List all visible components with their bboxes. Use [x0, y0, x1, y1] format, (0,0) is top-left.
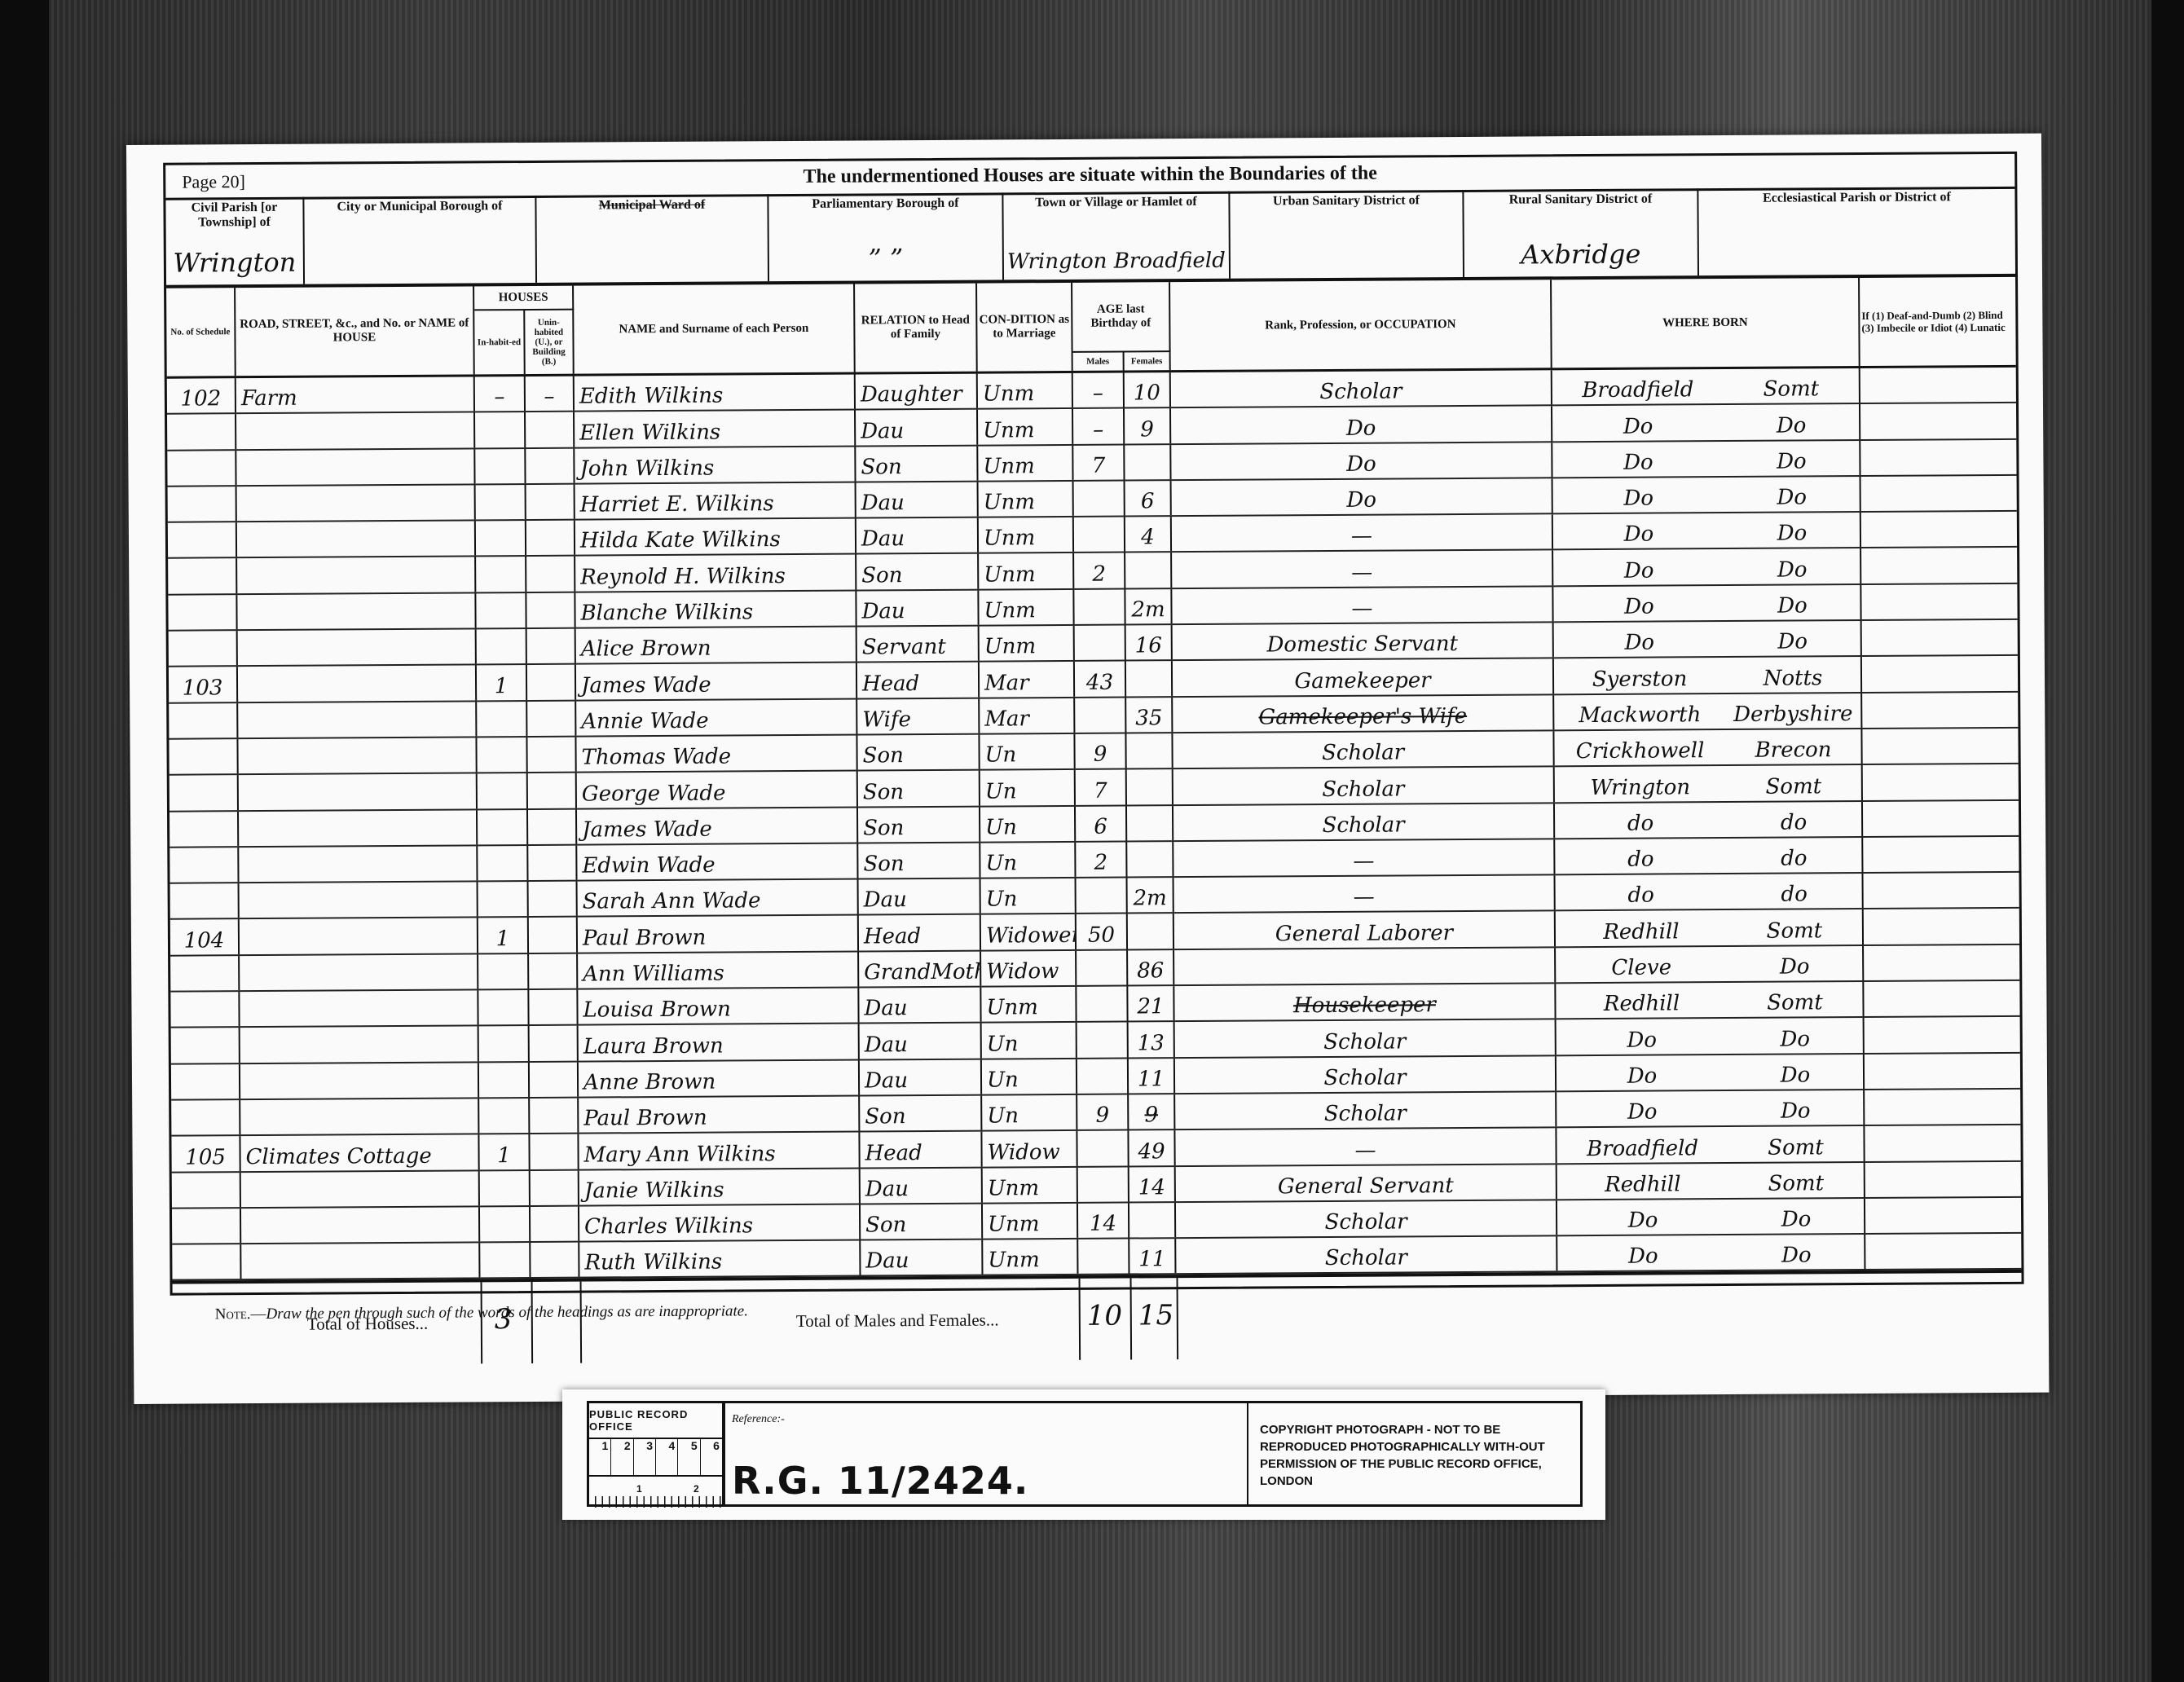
copyright-notice: COPYRIGHT PHOTOGRAPH - NOT TO BE REPRODU… — [1248, 1403, 1580, 1504]
cell-infirmity — [1864, 981, 2019, 1016]
name-text: Mary Ann Wilkins — [583, 1142, 775, 1167]
cell-female-age — [1126, 662, 1173, 697]
cell-born-place: do — [1555, 839, 1726, 874]
cell-infirmity — [1862, 656, 2018, 691]
district-value: Wrington — [166, 247, 303, 279]
cell-schedule — [171, 1028, 240, 1063]
name-text: Janie Wilkins — [584, 1178, 724, 1203]
born-place-text: Do — [1623, 414, 1653, 438]
condition-text: Mar — [984, 671, 1029, 695]
relation-text: GrandMother — [864, 959, 981, 984]
cell-female-age: 11 — [1129, 1239, 1176, 1274]
cell-occupation: — — [1175, 1129, 1557, 1165]
cell-born-county: Do — [1724, 441, 1860, 476]
cell-condition: Widow — [981, 951, 1077, 986]
cell-born-county: Somt — [1728, 1163, 1865, 1198]
cell-name: James Wade — [576, 663, 857, 699]
cell-occupation: Do — [1171, 443, 1552, 479]
cell-inhabited — [478, 810, 528, 845]
born-county-text: Do — [1781, 1099, 1811, 1124]
cell-infirmity — [1864, 909, 2019, 944]
name-text: Laura Brown — [583, 1033, 724, 1059]
cell-uninhabited — [529, 990, 578, 1025]
cell-born-county: Do — [1728, 1055, 1865, 1090]
occupation-text: Scholar — [1324, 1102, 1407, 1127]
cell-schedule: 104 — [170, 920, 240, 955]
office-title: PUBLIC RECORD OFFICE — [589, 1403, 722, 1439]
district-label: City or Municipal Borough of — [304, 199, 535, 215]
born-place-text: Crickhowell — [1576, 738, 1705, 764]
cell-born-place: Do — [1557, 1235, 1728, 1271]
relation-text: Head — [864, 924, 921, 949]
cell-infirmity — [1862, 729, 2018, 764]
born-place-text: Broadfield — [1582, 378, 1693, 403]
cell-road — [236, 449, 475, 485]
born-place-text: Do — [1627, 1063, 1658, 1088]
cell-occupation: General Servant — [1176, 1165, 1557, 1201]
relation-text: Head — [865, 1141, 922, 1165]
cell-occupation: — — [1172, 515, 1553, 552]
cell-name: Janie Wilkins — [579, 1169, 861, 1204]
cell-inhabited — [477, 702, 527, 737]
name-text: Ann Williams — [583, 962, 724, 987]
male-age-text: – — [1093, 381, 1103, 406]
female-age-text: 6 — [1141, 489, 1155, 513]
cell-road — [240, 1027, 479, 1063]
cell-born-county: Do — [1727, 946, 1864, 981]
occupation-text: — — [1354, 1138, 1376, 1162]
cell-female-age: 2m — [1128, 878, 1174, 913]
cell-born-county: Do — [1724, 404, 1860, 439]
cell-condition: Unm — [983, 1239, 1078, 1275]
born-county-text: Somt — [1767, 918, 1823, 943]
cell-schedule — [170, 883, 240, 918]
born-place-text: Wrington — [1590, 775, 1690, 800]
header-schedule: No. of Schedule — [166, 288, 236, 376]
cell-uninhabited — [531, 1243, 579, 1278]
cell-name: Laura Brown — [579, 1024, 860, 1060]
cell-road: Farm — [236, 376, 475, 412]
cell-born-place: do — [1555, 803, 1726, 839]
occupation-text: — — [1351, 597, 1372, 621]
cell-female-age — [1127, 769, 1173, 804]
cell-schedule — [171, 1100, 240, 1135]
cell-relation: Son — [857, 735, 980, 770]
cell-uninhabited — [526, 521, 575, 556]
cell-infirmity — [1864, 945, 2019, 980]
relation-text: Son — [863, 780, 904, 804]
born-county-text: Do — [1780, 1027, 1810, 1051]
cell-infirmity — [1865, 1198, 2021, 1233]
born-county-text: do — [1781, 883, 1807, 907]
header-name: NAME and Surname of each Person — [574, 284, 856, 374]
cell-schedule — [170, 956, 240, 991]
name-text: Alice Brown — [581, 636, 711, 662]
cell-condition: Mar — [980, 698, 1075, 733]
cell-inhabited: 1 — [477, 665, 527, 700]
census-table: No. of Schedule ROAD, STREET, &c., and N… — [166, 277, 2022, 1366]
cell-inhabited — [475, 449, 526, 484]
cell-condition: Un — [982, 1059, 1077, 1094]
female-age-text: 16 — [1135, 634, 1162, 658]
district-rural-sanitary: Rural Sanitary District of Axbridge — [1464, 188, 1699, 277]
male-age-text: 6 — [1094, 815, 1107, 839]
cell-female-age: 11 — [1129, 1059, 1175, 1094]
cell-inhabited — [477, 629, 527, 664]
district-value: ” ” — [769, 242, 1002, 275]
cell-road: Climates Cottage — [240, 1135, 479, 1171]
occupation-text: Domestic Servant — [1266, 632, 1458, 657]
condition-text: Un — [985, 851, 1017, 875]
cell-female-age — [1127, 842, 1173, 877]
cell-road — [240, 1099, 479, 1134]
public-record-office-panel: PUBLIC RECORD OFFICE 1 2 3 4 5 6 1 2 — [589, 1403, 724, 1504]
cell-uninhabited — [526, 485, 575, 520]
born-place-text: Do — [1624, 522, 1654, 547]
born-place-text: Redhill — [1604, 992, 1680, 1017]
district-urban-sanitary: Urban Sanitary District of — [1230, 190, 1464, 279]
cell-born-place: Do — [1554, 622, 1725, 658]
cell-condition: Unm — [979, 517, 1074, 553]
cell-schedule: 102 — [167, 378, 236, 413]
cell-uninhabited — [530, 1099, 579, 1134]
condition-text: Unm — [986, 996, 1037, 1020]
road-text: Climates Cottage — [245, 1143, 431, 1169]
relation-text: Dau — [865, 1249, 909, 1274]
born-county-text: do — [1781, 810, 1807, 834]
cell-uninhabited — [527, 701, 576, 736]
cell-condition: Unm — [978, 446, 1073, 481]
born-county-text: Do — [1777, 522, 1808, 546]
cell-name: Blanche Wilkins — [575, 591, 856, 627]
relation-text: Son — [861, 563, 902, 588]
ruler-mark: 2 — [694, 1483, 699, 1495]
cell-male-age — [1077, 987, 1128, 1022]
name-text: Annie Wade — [581, 709, 708, 734]
born-county-text: Somt — [1765, 774, 1821, 799]
cell-born-county: Do — [1724, 585, 1861, 620]
cell-male-age: – — [1073, 373, 1125, 408]
cell-born-county: Do — [1725, 621, 1862, 656]
female-age-text: 35 — [1135, 706, 1162, 730]
scale-number: 5 — [678, 1439, 700, 1475]
cell-occupation: Gamekeeper's Wife — [1173, 695, 1554, 732]
header-uninhabited: Unin-habited (U.), or Building (B.) — [525, 310, 574, 374]
scale-numbers: 1 2 3 4 5 6 — [589, 1439, 722, 1477]
cell-name: Louisa Brown — [578, 989, 859, 1024]
cell-uninhabited — [528, 773, 577, 808]
cell-female-age: 10 — [1125, 372, 1171, 407]
header-road: ROAD, STREET, &c., and No. or NAME of HO… — [236, 286, 475, 376]
header-houses: HOUSES — [474, 286, 574, 311]
cell-inhabited — [479, 1026, 530, 1061]
cell-born-place: Redhill — [1557, 1164, 1728, 1200]
name-text: Hilda Kate Wilkins — [580, 528, 781, 554]
district-hamlet: Town or Village or Hamlet of Wrington Br… — [1003, 192, 1231, 280]
male-age-text: 14 — [1090, 1212, 1116, 1236]
male-age-text: 50 — [1088, 922, 1115, 947]
born-county-text: Derbyshire — [1733, 702, 1852, 727]
cell-relation: Daughter — [856, 374, 978, 409]
cell-occupation: Scholar — [1175, 1020, 1557, 1057]
condition-text: Widow — [987, 1140, 1059, 1165]
condition-text: Unm — [984, 526, 1035, 551]
schedule-text: 104 — [184, 928, 225, 953]
cell-male-age — [1077, 950, 1128, 985]
cell-name: Mary Ann Wilkins — [579, 1133, 860, 1169]
female-age-text: 21 — [1137, 995, 1164, 1019]
cell-name: Harriet E. Wilkins — [575, 482, 856, 518]
relation-text: Dau — [865, 1033, 908, 1057]
male-age-text: 2 — [1094, 851, 1108, 875]
cell-born-place: Broadfield — [1552, 369, 1724, 405]
cell-born-county: Do — [1728, 1199, 1865, 1234]
cell-born-place: Broadfield — [1557, 1127, 1728, 1163]
film-edge-left — [0, 0, 49, 1682]
born-county-text: Do — [1777, 449, 1807, 473]
cell-inhabited — [476, 593, 526, 628]
cell-condition: Un — [982, 1023, 1077, 1058]
cell-born-county: do — [1727, 874, 1864, 909]
cell-born-place: Wrington — [1555, 766, 1726, 802]
cell-occupation: Scholar — [1175, 1092, 1557, 1129]
film-edge-right — [2151, 0, 2184, 1682]
cell-born-place: Redhill — [1556, 910, 1727, 946]
cell-male-age — [1078, 1167, 1129, 1202]
cell-relation: Dau — [859, 879, 981, 914]
cell-born-place: Do — [1557, 1200, 1728, 1235]
born-place-text: Mackworth — [1579, 702, 1701, 728]
cell-road — [241, 1171, 480, 1207]
cell-born-place: Mackworth — [1554, 694, 1725, 730]
born-place-text: Do — [1623, 487, 1653, 511]
cell-road — [238, 702, 477, 738]
schedule-text: 103 — [183, 676, 223, 700]
name-text: John Wilkins — [579, 456, 714, 481]
cell-female-age: 9 — [1125, 408, 1171, 443]
cell-relation: Son — [861, 1204, 983, 1239]
male-age-text: 43 — [1086, 670, 1113, 694]
relation-text: Wife — [862, 707, 911, 732]
inhabited-text: – — [494, 385, 504, 409]
female-age-text: 11 — [1138, 1067, 1165, 1091]
occupation-text: Gamekeeper's Wife — [1258, 704, 1467, 730]
born-place-text: Redhill — [1605, 1172, 1680, 1197]
cell-occupation — [1174, 948, 1556, 984]
cell-uninhabited — [528, 845, 577, 880]
cell-schedule — [172, 1173, 241, 1208]
cell-inhabited — [479, 1063, 530, 1098]
occupation-text: — — [1351, 560, 1372, 584]
relation-text: Son — [863, 852, 904, 876]
cell-inhabited — [480, 1207, 531, 1242]
born-county-text: Do — [1781, 1244, 1812, 1268]
cell-infirmity — [1861, 584, 2017, 619]
cell-born-county: do — [1726, 838, 1863, 873]
cell-male-age — [1074, 517, 1125, 553]
condition-text: Unm — [983, 454, 1034, 478]
cell-road — [239, 846, 478, 882]
header-relation: RELATION to Head of Family — [855, 284, 978, 372]
born-county-text: Somt — [1768, 1171, 1824, 1195]
born-place-text: Broadfield — [1587, 1136, 1698, 1161]
born-place-text: Do — [1627, 1100, 1658, 1125]
occupation-text: — — [1354, 885, 1375, 909]
cell-infirmity — [1863, 800, 2019, 835]
born-county-text: Somt — [1767, 991, 1823, 1015]
cell-occupation: Scholar — [1176, 1200, 1557, 1237]
cell-schedule — [172, 1244, 241, 1279]
cell-road — [238, 666, 477, 702]
cell-road — [240, 990, 478, 1026]
cell-female-age: 2m — [1125, 589, 1172, 624]
cell-name: Ellen Wilkins — [575, 411, 856, 447]
cell-relation: Dau — [856, 518, 979, 553]
district-value: Axbridge — [1464, 238, 1697, 271]
cell-condition: Unm — [983, 1204, 1078, 1239]
relation-text: Dau — [861, 527, 905, 552]
cell-born-county: Somt — [1728, 1126, 1865, 1161]
cell-road — [238, 738, 477, 773]
name-text: Reynold H. Wilkins — [580, 564, 786, 590]
born-county-text: Notts — [1763, 666, 1823, 690]
cell-condition: Widow — [982, 1131, 1077, 1166]
name-text: Blanche Wilkins — [580, 600, 753, 625]
header-age: AGE last Birthday of — [1072, 282, 1171, 353]
name-text: Edith Wilkins — [579, 384, 724, 409]
born-place-text: do — [1627, 811, 1653, 835]
cell-female-age — [1125, 445, 1171, 480]
district-parliamentary-borough: Parliamentary Borough of ” ” — [768, 192, 1004, 281]
occupation-text: Scholar — [1319, 380, 1402, 405]
cell-condition: Mar — [980, 662, 1075, 697]
cell-name: Alice Brown — [576, 627, 857, 663]
female-age-text: 9 — [1144, 1103, 1158, 1128]
total-females-value: 15 — [1138, 1300, 1174, 1332]
uninhabited-text: – — [544, 385, 554, 409]
cell-male-age: 2 — [1076, 842, 1127, 877]
reference-label: Reference:- — [732, 1413, 785, 1426]
cell-relation: Son — [858, 807, 980, 842]
cell-occupation: Scholar — [1173, 768, 1555, 804]
cell-relation: Dau — [859, 988, 981, 1023]
cell-condition: Unm — [980, 626, 1075, 661]
condition-text: Unm — [984, 562, 1035, 587]
cell-schedule — [169, 631, 238, 666]
condition-text: Widow — [986, 959, 1059, 984]
cell-relation: Dau — [861, 1240, 983, 1275]
cell-born-place: Do — [1553, 586, 1724, 622]
name-text: Harriet E. Wilkins — [580, 491, 774, 517]
district-label: Urban Sanitary District of — [1230, 193, 1462, 209]
header-condition: CON-DITION as to Marriage — [977, 283, 1073, 372]
condition-text: Un — [985, 815, 1017, 839]
cell-infirmity — [1863, 837, 2019, 872]
male-age-text: 7 — [1094, 778, 1107, 803]
condition-text: Unm — [988, 1212, 1039, 1236]
relation-text: Dau — [865, 1068, 908, 1093]
cell-male-age — [1074, 481, 1125, 516]
cell-schedule — [170, 992, 240, 1027]
cell-male-age — [1077, 878, 1128, 914]
cell-female-age — [1129, 1203, 1176, 1238]
condition-text: Unm — [984, 635, 1036, 659]
cell-infirmity — [1860, 368, 2016, 403]
schedule-text: 105 — [185, 1145, 226, 1169]
born-county-text: Do — [1777, 593, 1808, 618]
cell-road — [240, 954, 478, 990]
occupation-text: General Laborer — [1275, 921, 1453, 946]
cell-relation: GrandMother — [859, 951, 981, 986]
cell-name: Anne Brown — [579, 1060, 860, 1096]
cell-male-age: 9 — [1075, 733, 1126, 768]
cell-male-age — [1075, 698, 1126, 733]
relation-text: Dau — [864, 997, 907, 1021]
born-place-text: Do — [1624, 595, 1654, 619]
occupation-text: Gamekeeper — [1294, 668, 1430, 693]
cell-infirmity — [1862, 620, 2018, 655]
born-county-text: Do — [1777, 486, 1807, 510]
born-county-text: Do — [1781, 1063, 1811, 1087]
cell-road — [241, 1243, 480, 1279]
cell-uninhabited — [527, 629, 576, 664]
cell-uninhabited — [526, 412, 575, 447]
cell-born-county: Do — [1728, 1090, 1865, 1125]
note-text: Draw the pen through such of the words o… — [266, 1302, 748, 1323]
name-text: Paul Brown — [583, 1106, 707, 1131]
total-males-value: 10 — [1087, 1300, 1123, 1332]
cell-born-place: Do — [1553, 478, 1724, 513]
female-age-text: 49 — [1138, 1139, 1165, 1164]
condition-text: Mar — [984, 707, 1029, 731]
cell-occupation: Do — [1171, 407, 1552, 443]
condition-text: Unm — [988, 1248, 1039, 1273]
scale-number: 3 — [634, 1439, 656, 1475]
road-text: Farm — [241, 386, 297, 411]
cell-schedule: 105 — [171, 1136, 240, 1171]
cell-born-place: Do — [1553, 513, 1724, 549]
cell-inhabited — [478, 773, 528, 808]
cell-born-county: Do — [1728, 1235, 1865, 1270]
cell-relation: Head — [859, 915, 981, 950]
note-prefix: Note.— — [215, 1306, 266, 1323]
cell-relation: Head — [857, 663, 980, 698]
born-place-text: Cleve — [1611, 955, 1671, 980]
header-inhabited: In-habit-ed — [474, 310, 525, 374]
cell-occupation: Scholar — [1173, 804, 1555, 840]
cell-infirmity — [1865, 1053, 2020, 1088]
cell-uninhabited — [528, 809, 577, 844]
condition-text: Unm — [984, 490, 1035, 514]
cell-female-age: 16 — [1126, 625, 1173, 660]
district-header-row: Civil Parish [or Township] of Wrington C… — [165, 187, 2015, 288]
cell-male-age — [1078, 1239, 1129, 1275]
cell-occupation: Gamekeeper — [1173, 659, 1554, 696]
relation-text: Servant — [862, 635, 946, 660]
ruler-mark: 1 — [636, 1483, 642, 1495]
name-text: Charles Wilkins — [584, 1213, 753, 1239]
cell-infirmity — [1865, 1090, 2020, 1125]
cell-road — [241, 1207, 480, 1243]
cell-relation: Son — [858, 843, 980, 878]
cell-male-age: 43 — [1075, 662, 1126, 697]
cell-born-county: Do — [1728, 1018, 1865, 1053]
cell-inhabited — [479, 1099, 530, 1134]
cell-road — [239, 774, 478, 810]
cell-condition: Un — [981, 878, 1077, 914]
cell-schedule — [170, 775, 239, 810]
cell-born-county: Do — [1724, 477, 1861, 512]
